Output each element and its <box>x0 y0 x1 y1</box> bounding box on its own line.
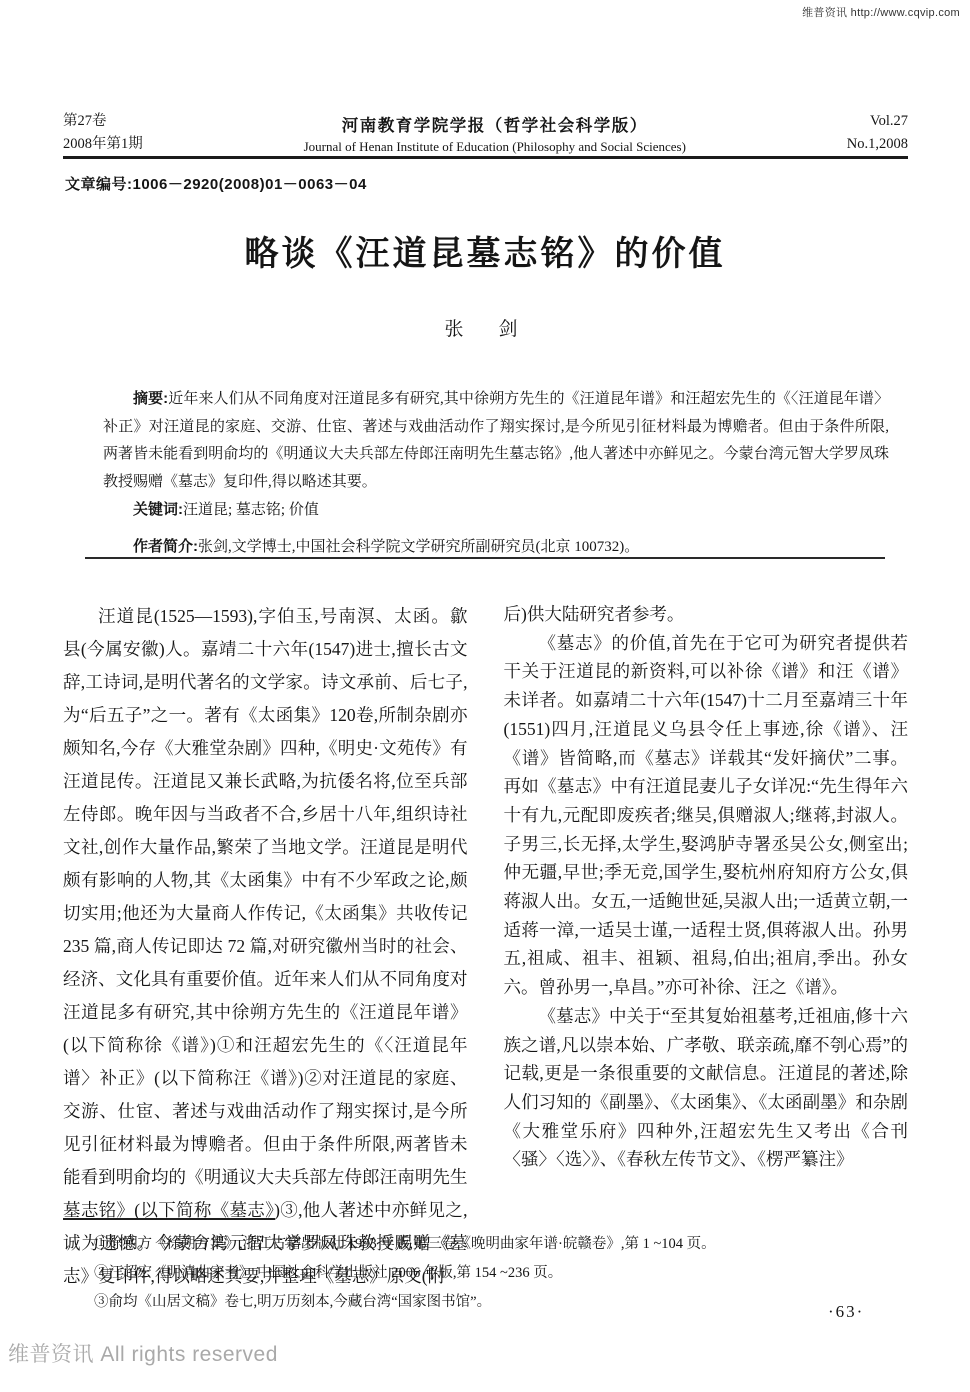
keywords-text: 汪道昆; 墓志铭; 价值 <box>183 502 319 518</box>
abstract-block: 摘要:近年来人们从不同角度对汪道昆多有研究,其中徐朔方先生的《汪道昆年谱》和汪超… <box>103 385 889 561</box>
header-vol-no: Vol.27 No.1,2008 <box>847 110 908 156</box>
body-paragraph: 后)供大陆研究者参考。 <box>504 600 909 629</box>
abstract-label: 摘要: <box>133 390 168 407</box>
footnotes: ①徐朔方《徐朔方集》,浙江古籍出版社 1993 年版,第三卷《晚明曲家年谱·皖赣… <box>94 1230 824 1317</box>
author-bio-text: 张剑,文学博士,中国社会科学院文学研究所副研究员(北京 100732)。 <box>198 539 639 555</box>
issue-zh: 2008年第1期 <box>63 133 143 156</box>
footnote-line: ②汪超宏《明清曲家考》,中国社会科学出版社 2006 年版,第 154 ~236… <box>94 1259 824 1288</box>
keywords-line: 关键词:汪道昆; 墓志铭; 价值 <box>103 496 889 525</box>
body-paragraph: 《墓志》中关于“至其复始祖墓考,迁祖庙,修十六族之谱,凡以崇本始、广孝敬、联亲疏… <box>504 1002 909 1174</box>
journal-title-block: 河南教育学院学报（哲学社会科学版） Journal of Henan Insti… <box>143 112 847 155</box>
page-title: 略谈《汪道昆墓志铭》的价值 <box>0 226 970 275</box>
article-number-value: 1006－2920(2008)01－0063－04 <box>133 176 367 193</box>
article-body: 汪道昆(1525—1593),字伯玉,号南溟、太函。歙县(今属安徽)人。嘉靖二十… <box>63 600 908 1293</box>
body-paragraph: 汪道昆(1525—1593),字伯玉,号南溟、太函。歙县(今属安徽)人。嘉靖二十… <box>63 600 468 1293</box>
journal-title-zh: 河南教育学院学报（哲学社会科学版） <box>143 112 847 136</box>
header-volume-issue: 第27卷 2008年第1期 <box>63 110 143 156</box>
bottom-watermark: 维普资讯 All rights reserved <box>8 1338 278 1368</box>
article-number-label: 文章编号: <box>65 176 133 193</box>
keywords-label: 关键词: <box>133 501 183 518</box>
header-divider <box>63 156 908 159</box>
footnote-line: ①徐朔方《徐朔方集》,浙江古籍出版社 1993 年版,第三卷《晚明曲家年谱·皖赣… <box>94 1230 824 1259</box>
vol-en: Vol.27 <box>847 110 908 133</box>
volume-zh: 第27卷 <box>63 110 143 133</box>
abstract-paragraph: 摘要:近年来人们从不同角度对汪道昆多有研究,其中徐朔方先生的《汪道昆年谱》和汪超… <box>103 385 889 496</box>
author-name: 张 剑 <box>0 314 970 341</box>
body-paragraph: 《墓志》的价值,首先在于它可为研究者提供若干关于汪道昆的新资料,可以补徐《谱》和… <box>504 629 909 1002</box>
article-number: 文章编号:1006－2920(2008)01－0063－04 <box>65 173 367 194</box>
journal-header: 第27卷 2008年第1期 河南教育学院学报（哲学社会科学版） Journal … <box>63 110 908 156</box>
no-en: No.1,2008 <box>847 133 908 156</box>
right-column: 后)供大陆研究者参考。《墓志》的价值,首先在于它可为研究者提供若干关于汪道昆的新… <box>504 600 909 1293</box>
journal-title-en: Journal of Henan Institute of Education … <box>143 139 847 155</box>
page-number: ·63· <box>828 1302 864 1322</box>
top-watermark: 维普资讯 http://www.cqvip.com <box>802 4 960 20</box>
left-column: 汪道昆(1525—1593),字伯玉,号南溟、太函。歙县(今属安徽)人。嘉靖二十… <box>63 600 468 1293</box>
abstract-text: 近年来人们从不同角度对汪道昆多有研究,其中徐朔方先生的《汪道昆年谱》和汪超宏先生… <box>103 391 889 490</box>
footnote-line: ③俞均《山居文稿》卷七,明万历刻本,今藏台湾“国家图书馆”。 <box>94 1288 824 1317</box>
footnote-divider <box>63 1218 275 1220</box>
author-bio-label: 作者简介: <box>133 538 198 555</box>
meta-divider <box>85 557 885 559</box>
